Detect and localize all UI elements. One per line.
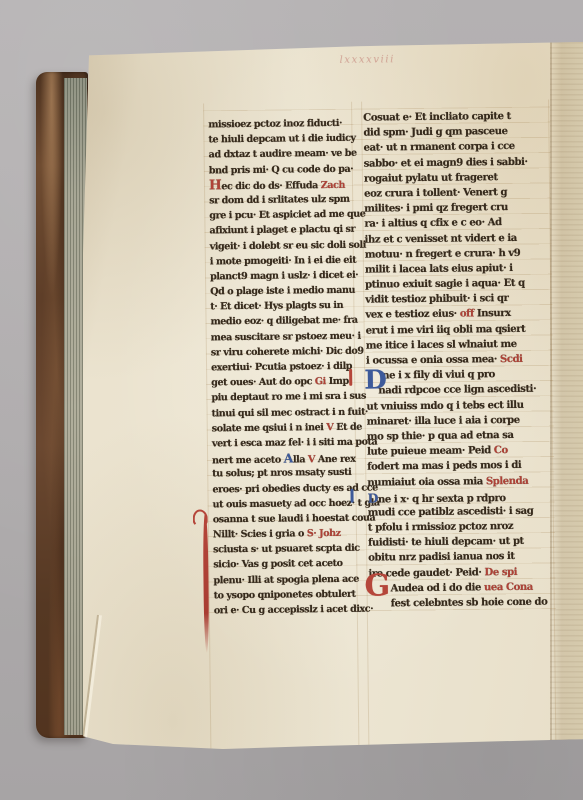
initials-layer: DG — [81, 41, 583, 754]
tall-red-i-initial — [203, 512, 209, 652]
drop-blue-d-initial: D — [364, 367, 387, 393]
photograph-backdrop: lxxxxviii missioez pctoz inoz fiducti·te… — [0, 0, 583, 800]
written-area: lxxxxviii missioez pctoz inoz fiducti·te… — [81, 41, 583, 754]
fleur-red-initial — [349, 369, 352, 386]
manuscript-page: lxxxxviii missioez pctoz inoz fiducti·te… — [83, 42, 583, 749]
fleur-blue-initial — [350, 489, 353, 503]
drop-red-g-initial: G — [364, 571, 390, 601]
